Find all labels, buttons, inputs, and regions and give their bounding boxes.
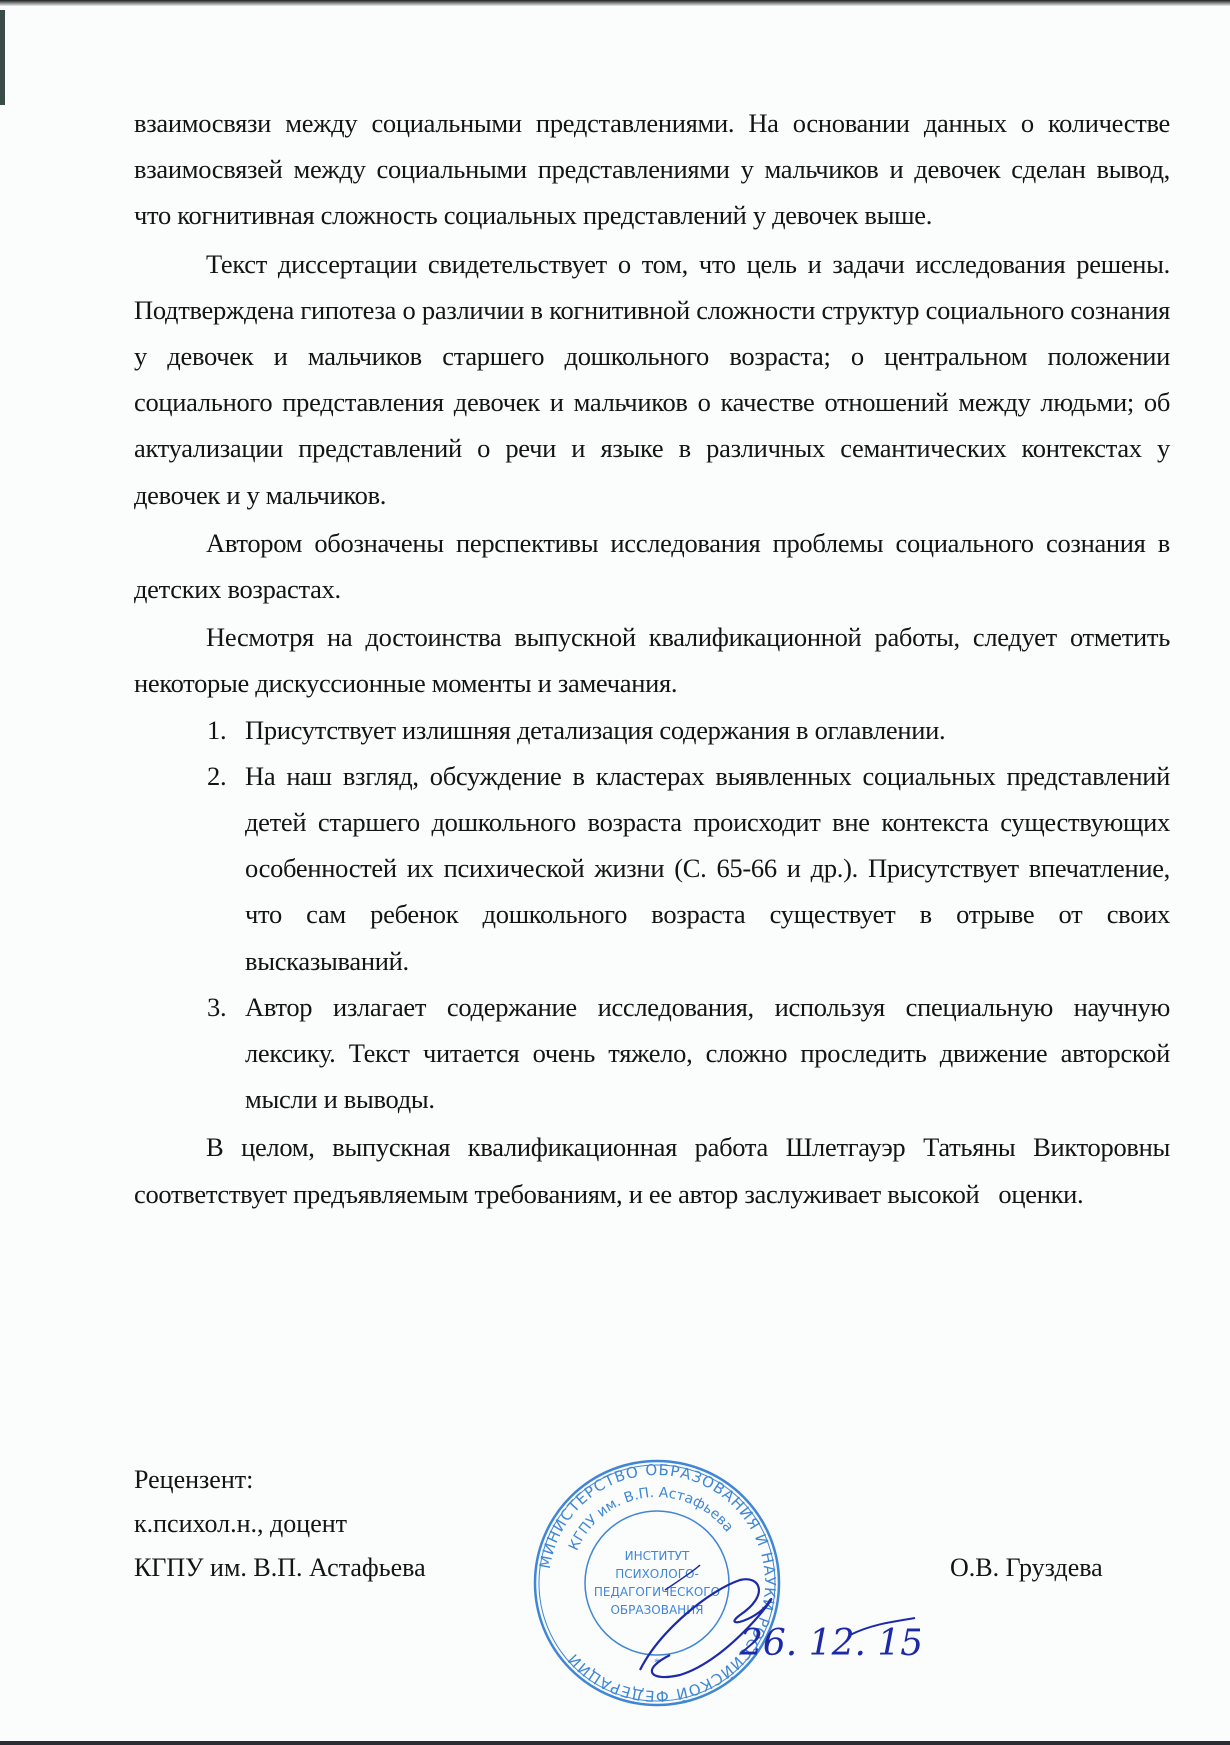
remark-number: 3.	[207, 984, 226, 1030]
reviewer-name: О.В. Груздева	[950, 1546, 1103, 1590]
remark-text: На наш взгляд, обсуждение в кластерах вы…	[245, 761, 1170, 976]
remark-number: 2.	[207, 753, 226, 799]
remark-item: 1. Присутствует излишняя детализация сод…	[134, 707, 1170, 753]
handwritten-signature-icon: 26. 12. 15	[620, 1560, 920, 1690]
paragraph-remarks-intro: Несмотря на достоинства выпускной квалиф…	[134, 614, 1170, 706]
scan-edge-left	[0, 10, 5, 105]
scan-edge-bottom	[0, 1741, 1230, 1745]
remark-text: Присутствует излишняя детализация содерж…	[245, 715, 945, 745]
scan-edge-top	[0, 0, 1230, 6]
remark-number: 1.	[207, 707, 226, 753]
paragraph-findings: взаимосвязи между социальными представле…	[134, 100, 1170, 239]
remarks-list: 1. Присутствует излишняя детализация сод…	[134, 707, 1170, 1123]
remark-item: 3. Автор излагает содержание исследовани…	[134, 984, 1170, 1123]
remark-item: 2. На наш взгляд, обсуждение в кластерах…	[134, 753, 1170, 984]
paragraph-conclusion: В целом, выпускная квалификационная рабо…	[134, 1124, 1170, 1216]
paragraph-hypothesis-confirmed: Текст диссертации свидетельствует о том,…	[134, 241, 1170, 518]
remark-text: Автор излагает содержание исследования, …	[245, 992, 1170, 1114]
paragraph-perspectives: Автором обозначены перспективы исследова…	[134, 520, 1170, 612]
document-body: взаимосвязи между социальными представле…	[134, 100, 1170, 1217]
handwritten-date: 26. 12. 15	[739, 1623, 920, 1664]
